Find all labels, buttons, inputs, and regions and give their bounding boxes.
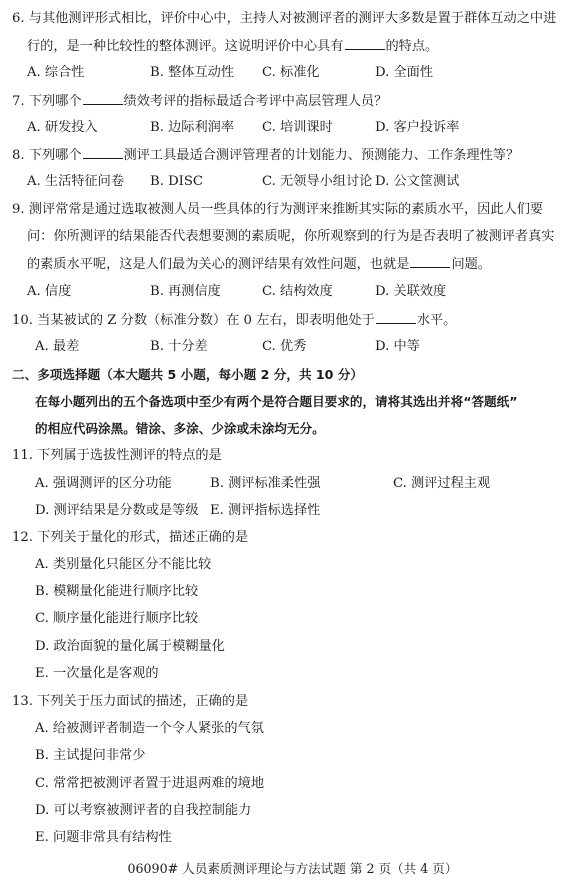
- q11-option-b: B. 测评标准柔性强: [210, 475, 320, 493]
- answer-blank: [345, 37, 385, 50]
- q6-option-a: A. 综合性: [27, 64, 84, 82]
- q7-option-c: C. 培训课时: [262, 119, 333, 137]
- q8-stem-text: 测评工具最适合测评管理者的计划能力、预测能力、工作条理性等？: [124, 148, 520, 163]
- q9-option-a: A. 信度: [27, 283, 71, 301]
- q10-option-c: C. 优秀: [262, 338, 306, 356]
- answer-blank: [83, 92, 123, 105]
- q13-option-d: D. 可以考察被测评者的自我控制能力: [35, 802, 251, 820]
- q13-option-a: A. 给被测评者制造一个令人紧张的气氛: [35, 720, 264, 738]
- q7-option-a: A. 研发投入: [27, 119, 98, 137]
- q11-option-a: A. 强调测评的区分功能: [35, 475, 172, 493]
- q10-option-a: A. 最差: [35, 338, 79, 356]
- section-title: 二、多项选择题（本大题共 5 小题，每小题 2 分，共 10 分）: [12, 366, 363, 384]
- q6-option-c: C. 标准化: [262, 64, 320, 82]
- q6-option-d: D. 全面性: [375, 64, 433, 82]
- q9-stem-line1: 9. 测评常常是通过选取被测人员一些具体的行为测评来推断其实际的素质水平，因此人…: [12, 201, 543, 219]
- page-footer: 06090# 人员素质测评理论与方法试题 第 2 页（共 4 页）: [0, 858, 585, 877]
- q13-option-b: B. 主试提问非常少: [35, 747, 145, 765]
- q9-option-b: B. 再测信度: [150, 283, 221, 301]
- q13-option-c: C. 常常把被测评者置于进退两难的境地: [35, 775, 264, 793]
- q8-stem: 8. 下列哪个测评工具最适合测评管理者的计划能力、预测能力、工作条理性等？: [12, 146, 519, 165]
- q10-option-b: B. 十分差: [150, 338, 208, 356]
- q13-stem: 13. 下列关于压力面试的描述，正确的是: [12, 693, 248, 711]
- q7-stem-text: 绩效考评的指标最适合考评中高层管理人员？: [124, 94, 388, 109]
- q9-stem-line3: 的素质水平呢，这是人们最为关心的测评结果有效性问题，也就是问题。: [27, 255, 491, 274]
- q9-option-d: D. 关联效度: [375, 283, 446, 301]
- q13-option-e: E. 问题非常具有结构性: [35, 829, 172, 847]
- q12-option-b: B. 模糊量化能进行顺序比较: [35, 583, 198, 601]
- section-instruction-line1: 在每小题列出的五个备选项中至少有两个是符合题目要求的，请将其选出并将“答题纸”: [35, 393, 518, 411]
- q12-option-d: D. 政治面貌的量化属于模糊量化: [35, 638, 225, 656]
- q7-stem-text: 7. 下列哪个: [12, 94, 82, 109]
- q9-stem-line2: 问：你所测评的结果能否代表想要测的素质呢，你所观察到的行为是否表明了被测评者真实: [27, 228, 555, 246]
- q6-stem-line1: 6. 与其他测评形式相比，评价中心中，主持人对被测评者的测评大多数是置于群体互动…: [12, 10, 556, 28]
- q10-stem-text: 10. 当某被试的 Z 分数（标准分数）在 0 左右，即表明他处于: [12, 313, 375, 328]
- q6-stem-line2: 行的，是一种比较性的整体测评。这说明评价中心具有的特点。: [27, 37, 438, 56]
- q9-stem-text: 问题。: [451, 257, 491, 272]
- q8-option-c: C. 无领导小组讨论: [262, 173, 372, 191]
- answer-blank: [376, 311, 416, 324]
- q12-stem: 12. 下列关于量化的形式，描述正确的是: [12, 529, 248, 547]
- answer-blank: [410, 255, 450, 268]
- q10-stem: 10. 当某被试的 Z 分数（标准分数）在 0 左右，即表明他处于水平。: [12, 311, 456, 330]
- q12-option-c: C. 顺序量化能进行顺序比较: [35, 610, 198, 628]
- q6-stem-text: 行的，是一种比较性的整体测评。这说明评价中心具有: [27, 39, 344, 54]
- q11-option-d: D. 测评结果是分数或是等级: [35, 502, 199, 520]
- q11-stem: 11. 下列属于选拔性测评的特点的是: [12, 447, 222, 465]
- q7-option-b: B. 边际利润率: [150, 119, 234, 137]
- answer-blank: [83, 146, 123, 159]
- q8-option-a: A. 生活特征问卷: [27, 173, 124, 191]
- q9-option-c: C. 结构效度: [262, 283, 333, 301]
- q9-stem-text: 的素质水平呢，这是人们最为关心的测评结果有效性问题，也就是: [27, 257, 409, 272]
- q12-option-e: E. 一次量化是客观的: [35, 665, 159, 683]
- q10-stem-text: 水平。: [417, 313, 457, 328]
- q8-stem-text: 8. 下列哪个: [12, 148, 82, 163]
- q7-stem: 7. 下列哪个绩效考评的指标最适合考评中高层管理人员？: [12, 92, 387, 111]
- q6-stem-text: 的特点。: [386, 39, 439, 54]
- q8-option-d: D. 公文筐测试: [375, 173, 459, 191]
- q11-option-e: E. 测评指标选择性: [210, 502, 320, 520]
- q8-option-b: B. DISC: [150, 173, 203, 191]
- q12-option-a: A. 类别量化只能区分不能比较: [35, 556, 211, 574]
- q7-option-d: D. 客户投诉率: [375, 119, 459, 137]
- q6-option-b: B. 整体互动性: [150, 64, 234, 82]
- q10-option-d: D. 中等: [375, 338, 420, 356]
- section-instruction-line2: 的相应代码涂黑。错涂、多涂、少涂或未涂均无分。: [35, 420, 325, 438]
- q11-option-c: C. 测评过程主观: [393, 475, 490, 493]
